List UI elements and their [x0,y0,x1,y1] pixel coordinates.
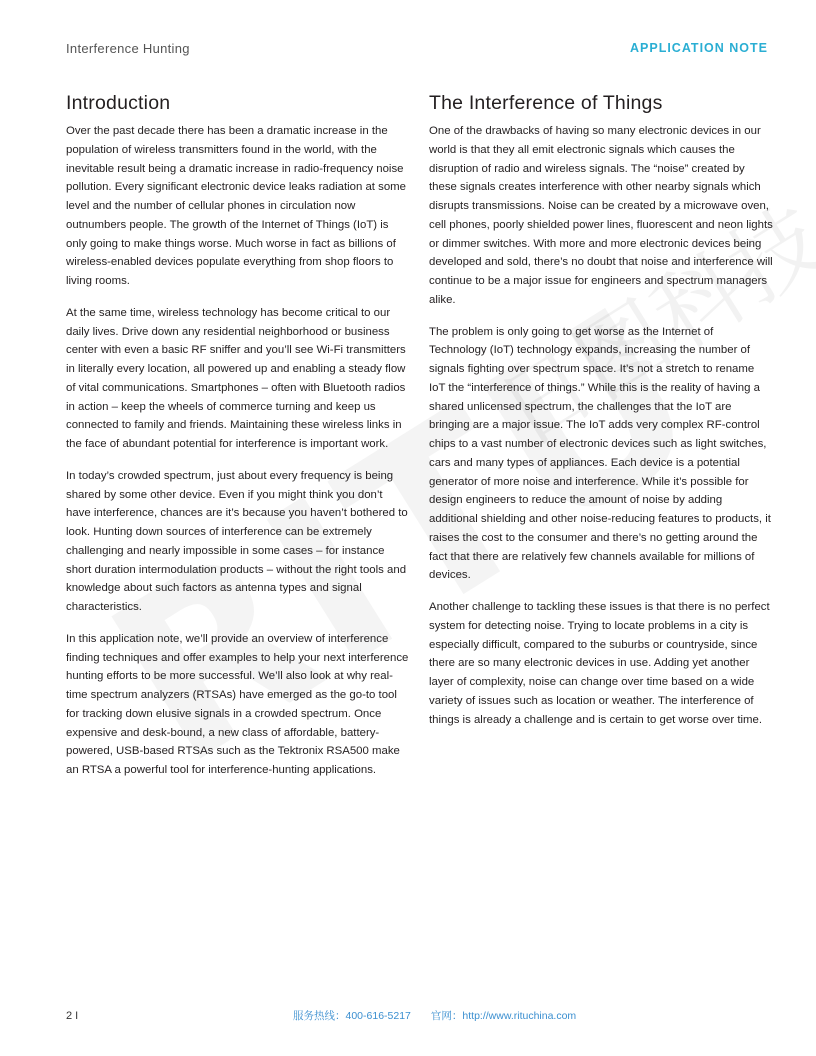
section-introduction: Introduction Over the past decade there … [66,92,410,793]
section-heading: Introduction [66,92,410,115]
footer-contact: 服务热线：400-616-5217官网：http://www.rituchina… [293,1008,596,1023]
hotline-text: 服务热线：400-616-5217 [293,1010,411,1022]
paragraph: Another challenge to tackling these issu… [429,598,773,729]
section-heading: The Interference of Things [429,92,773,115]
website-link[interactable]: 官网：http://www.rituchina.com [431,1010,576,1022]
paragraph: Over the past decade there has been a dr… [66,122,410,291]
paragraph: In this application note, we’ll provide … [66,630,410,780]
document-title: Interference Hunting [66,41,190,56]
document-type-label: APPLICATION NOTE [630,41,768,55]
section-interference-of-things: The Interference of Things One of the dr… [429,92,773,742]
paragraph: The problem is only going to get worse a… [429,323,773,586]
page-number: 2 I [66,1010,78,1022]
paragraph: At the same time, wireless technology ha… [66,304,410,454]
paragraph: One of the drawbacks of having so many e… [429,122,773,310]
paragraph: In today’s crowded spectrum, just about … [66,467,410,617]
